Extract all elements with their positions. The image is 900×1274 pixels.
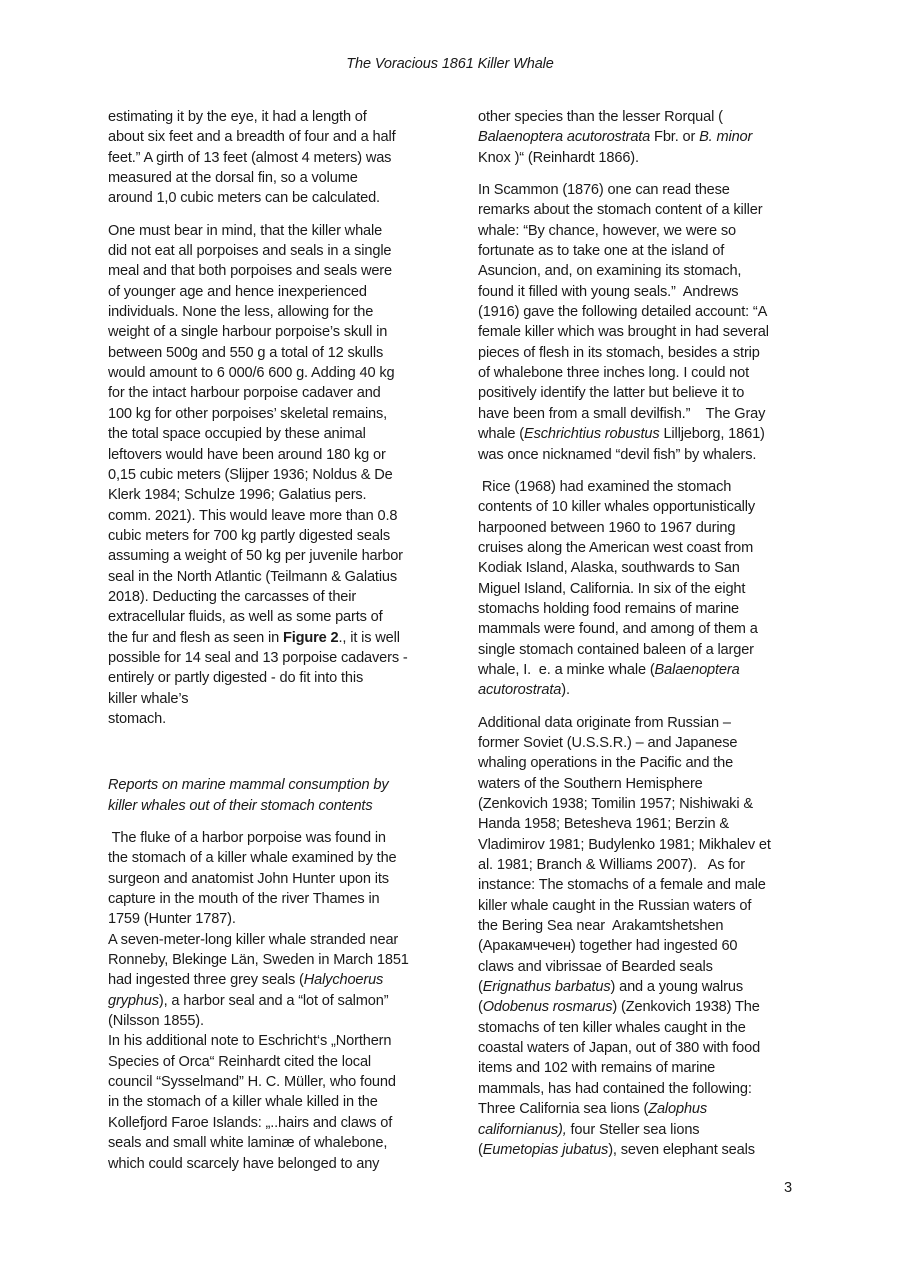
text-line: acutorostrata).: [478, 680, 808, 700]
text-line: contents of 10 killer whales opportunist…: [478, 497, 808, 517]
text-line: waters of the Southern Hemisphere: [478, 774, 808, 794]
text-line: Three California sea lions (Zalophus: [478, 1099, 808, 1119]
text-line: for the intact harbour porpoise cadaver …: [108, 383, 448, 403]
text-line: positively identify the latter but belie…: [478, 383, 808, 403]
text-line: Ronneby, Blekinge Län, Sweden in March 1…: [108, 950, 448, 970]
text-span: four Steller sea lions: [567, 1122, 700, 1138]
species-name: Eschrichtius robustus: [524, 426, 660, 442]
text-line: The fluke of a harbor porpoise was found…: [108, 828, 448, 848]
heading-line: killer whales out of their stomach conte…: [108, 796, 448, 816]
species-name: acutorostrata: [478, 682, 561, 698]
text-line: whale: “By chance, however, we were so: [478, 221, 808, 241]
text-span: whale (: [478, 426, 524, 442]
text-line: stomachs of ten killer whales caught in …: [478, 1018, 808, 1038]
text-span: Lilljeborg, 1861): [660, 426, 765, 442]
text-line: mammals were found, and among of them a: [478, 619, 808, 639]
text-line: remarks about the stomach content of a k…: [478, 200, 808, 220]
text-line: female killer which was brought in had s…: [478, 322, 808, 342]
text-line: feet.” A girth of 13 feet (almost 4 mete…: [108, 148, 448, 168]
text-line: whale (Eschrichtius robustus Lilljeborg,…: [478, 424, 808, 444]
text-line: seal in the North Atlantic (Teilmann & G…: [108, 567, 448, 587]
text-line: the stomach of a killer whale examined b…: [108, 848, 448, 868]
text-line: instance: The stomachs of a female and m…: [478, 875, 808, 895]
text-line: weight of a single harbour porpoise’s sk…: [108, 322, 448, 342]
text-line: meal and that both porpoises and seals w…: [108, 261, 448, 281]
text-line: Additional data originate from Russian –: [478, 713, 808, 733]
text-line: of whalebone three inches long. I could …: [478, 363, 808, 383]
text-line: items and 102 with remains of marine: [478, 1058, 808, 1078]
text-line: stomach.: [108, 709, 448, 729]
text-line: Vladimirov 1981; Budylenko 1981; Mikhale…: [478, 835, 808, 855]
text-line: Kollefjord Faroe Islands: „..hairs and c…: [108, 1113, 448, 1133]
text-line: One must bear in mind, that the killer w…: [108, 221, 448, 241]
text-line: around 1,0 cubic meters can be calculate…: [108, 188, 448, 208]
left-column: estimating it by the eye, it had a lengt…: [108, 107, 448, 1174]
text-line: have been from a small devilfish.” The G…: [478, 404, 808, 424]
text-line: fortunate as to take one at the island o…: [478, 241, 808, 261]
text-span: ) and a young walrus: [611, 979, 743, 995]
text-span: ), seven elephant seals: [608, 1142, 755, 1158]
text-line: Klerk 1984; Schulze 1996; Galatius pers.: [108, 485, 448, 505]
text-line: In Scammon (1876) one can read these: [478, 180, 808, 200]
text-line: possible for 14 seal and 13 porpoise cad…: [108, 648, 448, 668]
text-line: A seven-meter-long killer whale stranded…: [108, 930, 448, 950]
text-span: the fur and flesh as seen in: [108, 630, 283, 646]
text-line: Balaenoptera acutorostrata Fbr. or B. mi…: [478, 127, 808, 147]
paragraph-rice: Rice (1968) had examined the stomach con…: [478, 477, 808, 701]
running-header: The Voracious 1861 Killer Whale: [0, 56, 900, 72]
text-span: whale, I. e. a minke whale (: [478, 662, 655, 678]
text-line: (Zenkovich 1938; Tomilin 1957; Nishiwaki…: [478, 794, 808, 814]
text-line: estimating it by the eye, it had a lengt…: [108, 107, 448, 127]
text-line: Kodiak Island, Alaska, southwards to San: [478, 558, 808, 578]
text-line: Asuncion, and, on examining its stomach,: [478, 261, 808, 281]
text-line: whale, I. e. a minke whale (Balaenoptera: [478, 660, 808, 680]
text-line: killer whale caught in the Russian water…: [478, 896, 808, 916]
species-name: californianus),: [478, 1122, 567, 1138]
text-line: 100 kg for other porpoises’ skeletal rem…: [108, 404, 448, 424]
text-line: al. 1981; Branch & Williams 2007). As fo…: [478, 855, 808, 875]
text-line: individuals. None the less, allowing for…: [108, 302, 448, 322]
text-line: claws and vibrissae of Bearded seals: [478, 957, 808, 977]
heading-line: Reports on marine mammal consumption by: [108, 775, 448, 795]
paragraph-russian-japanese-data: Additional data originate from Russian –…: [478, 713, 808, 1161]
text-span: ., it is well: [339, 630, 400, 646]
paragraph-historical-reports: The fluke of a harbor porpoise was found…: [108, 828, 448, 1174]
text-line: Rice (1968) had examined the stomach: [478, 477, 808, 497]
paragraph-volume-estimate: estimating it by the eye, it had a lengt…: [108, 107, 448, 209]
species-name: Balaenoptera: [655, 662, 740, 678]
species-name: Balaenoptera acutorostrata: [478, 129, 650, 145]
text-line: harpooned between 1960 to 1967 during: [478, 518, 808, 538]
text-line: cruises along the American west coast fr…: [478, 538, 808, 558]
text-span: Three California sea lions (: [478, 1101, 648, 1117]
text-line: In his additional note to Eschricht‘s „N…: [108, 1031, 448, 1051]
text-line: was once nicknamed “devil fish” by whale…: [478, 445, 808, 465]
species-name: Erignathus barbatus: [483, 979, 611, 995]
text-line: Handa 1958; Betesheva 1961; Berzin &: [478, 814, 808, 834]
text-line: other species than the lesser Rorqual (: [478, 107, 808, 127]
text-span: Fbr. or: [650, 129, 699, 145]
text-line: which could scarcely have belonged to an…: [108, 1154, 448, 1174]
text-line: pieces of flesh in its stomach, besides …: [478, 343, 808, 363]
text-line: Knox )“ (Reinhardt 1866).: [478, 148, 808, 168]
species-name: Halychoerus: [304, 972, 383, 988]
text-line: between 500g and 550 g a total of 12 sku…: [108, 343, 448, 363]
text-line: (1916) gave the following detailed accou…: [478, 302, 808, 322]
text-line: did not eat all porpoises and seals in a…: [108, 241, 448, 261]
paragraph-stomach-capacity: One must bear in mind, that the killer w…: [108, 221, 448, 730]
text-line: coastal waters of Japan, out of 380 with…: [478, 1038, 808, 1058]
text-line: council “Sysselmand” H. C. Müller, who f…: [108, 1072, 448, 1092]
text-line: the fur and flesh as seen in Figure 2., …: [108, 628, 448, 648]
text-line: found it filled with young seals.” Andre…: [478, 282, 808, 302]
text-line: (Аракамчечен) together had ingested 60: [478, 936, 808, 956]
figure-reference: Figure 2: [283, 630, 339, 646]
text-line: had ingested three grey seals (Halychoer…: [108, 970, 448, 990]
text-line: capture in the mouth of the river Thames…: [108, 889, 448, 909]
text-line: cubic meters for 700 kg partly digested …: [108, 526, 448, 546]
paragraph-scammon-andrews: In Scammon (1876) one can read these rem…: [478, 180, 808, 465]
text-line: in the stomach of a killer whale killed …: [108, 1092, 448, 1112]
text-line: former Soviet (U.S.S.R.) – and Japanese: [478, 733, 808, 753]
text-line: Species of Orca“ Reinhardt cited the loc…: [108, 1052, 448, 1072]
text-line: seals and small white laminæ of whalebon…: [108, 1133, 448, 1153]
text-line: 0,15 cubic meters (Slijper 1936; Noldus …: [108, 465, 448, 485]
text-line: (Erignathus barbatus) and a young walrus: [478, 977, 808, 997]
text-line: stomachs holding food remains of marine: [478, 599, 808, 619]
text-line: would amount to 6 000/6 600 g. Adding 40…: [108, 363, 448, 383]
text-line: leftovers would have been around 180 kg …: [108, 445, 448, 465]
text-line: Miguel Island, California. In six of the…: [478, 579, 808, 599]
text-line: assuming a weight of 50 kg per juvenile …: [108, 546, 448, 566]
text-line: measured at the dorsal fin, so a volume: [108, 168, 448, 188]
text-line: (Nilsson 1855).: [108, 1011, 448, 1031]
species-name: Eumetopias jubatus: [483, 1142, 608, 1158]
right-column: other species than the lesser Rorqual ( …: [478, 107, 808, 1160]
species-name: B. minor: [699, 129, 752, 145]
species-name: gryphus: [108, 993, 159, 1009]
text-line: mammals, has had contained the following…: [478, 1079, 808, 1099]
section-heading: Reports on marine mammal consumption by …: [108, 775, 448, 816]
text-line: about six feet and a breadth of four and…: [108, 127, 448, 147]
text-line: entirely or partly digested - do fit int…: [108, 668, 448, 688]
text-line: (Odobenus rosmarus) (Zenkovich 1938) The: [478, 997, 808, 1017]
text-line: the Bering Sea near Arakamtshetshen: [478, 916, 808, 936]
text-line: comm. 2021). This would leave more than …: [108, 506, 448, 526]
text-line: surgeon and anatomist John Hunter upon i…: [108, 869, 448, 889]
species-name: Odobenus rosmarus: [483, 999, 613, 1015]
text-line: whaling operations in the Pacific and th…: [478, 753, 808, 773]
text-span: ) (Zenkovich 1938) The: [612, 999, 759, 1015]
species-name: Zalophus: [648, 1101, 707, 1117]
text-line: of younger age and hence inexperienced: [108, 282, 448, 302]
text-line: 1759 (Hunter 1787).: [108, 909, 448, 929]
text-line: (Eumetopias jubatus), seven elephant sea…: [478, 1140, 808, 1160]
text-span: had ingested three grey seals (: [108, 972, 304, 988]
text-line: extracellular fluids, as well as some pa…: [108, 607, 448, 627]
page-number: 3: [784, 1180, 792, 1196]
text-span: ), a harbor seal and a “lot of salmon”: [159, 993, 389, 1009]
text-span: ).: [561, 682, 570, 698]
text-line: single stomach contained baleen of a lar…: [478, 640, 808, 660]
text-line: killer whale’s: [108, 689, 448, 709]
paragraph-reinhardt-continued: other species than the lesser Rorqual ( …: [478, 107, 808, 168]
text-line: gryphus), a harbor seal and a “lot of sa…: [108, 991, 448, 1011]
text-line: 2018). Deducting the carcasses of their: [108, 587, 448, 607]
text-line: californianus), four Steller sea lions: [478, 1120, 808, 1140]
text-line: the total space occupied by these animal: [108, 424, 448, 444]
